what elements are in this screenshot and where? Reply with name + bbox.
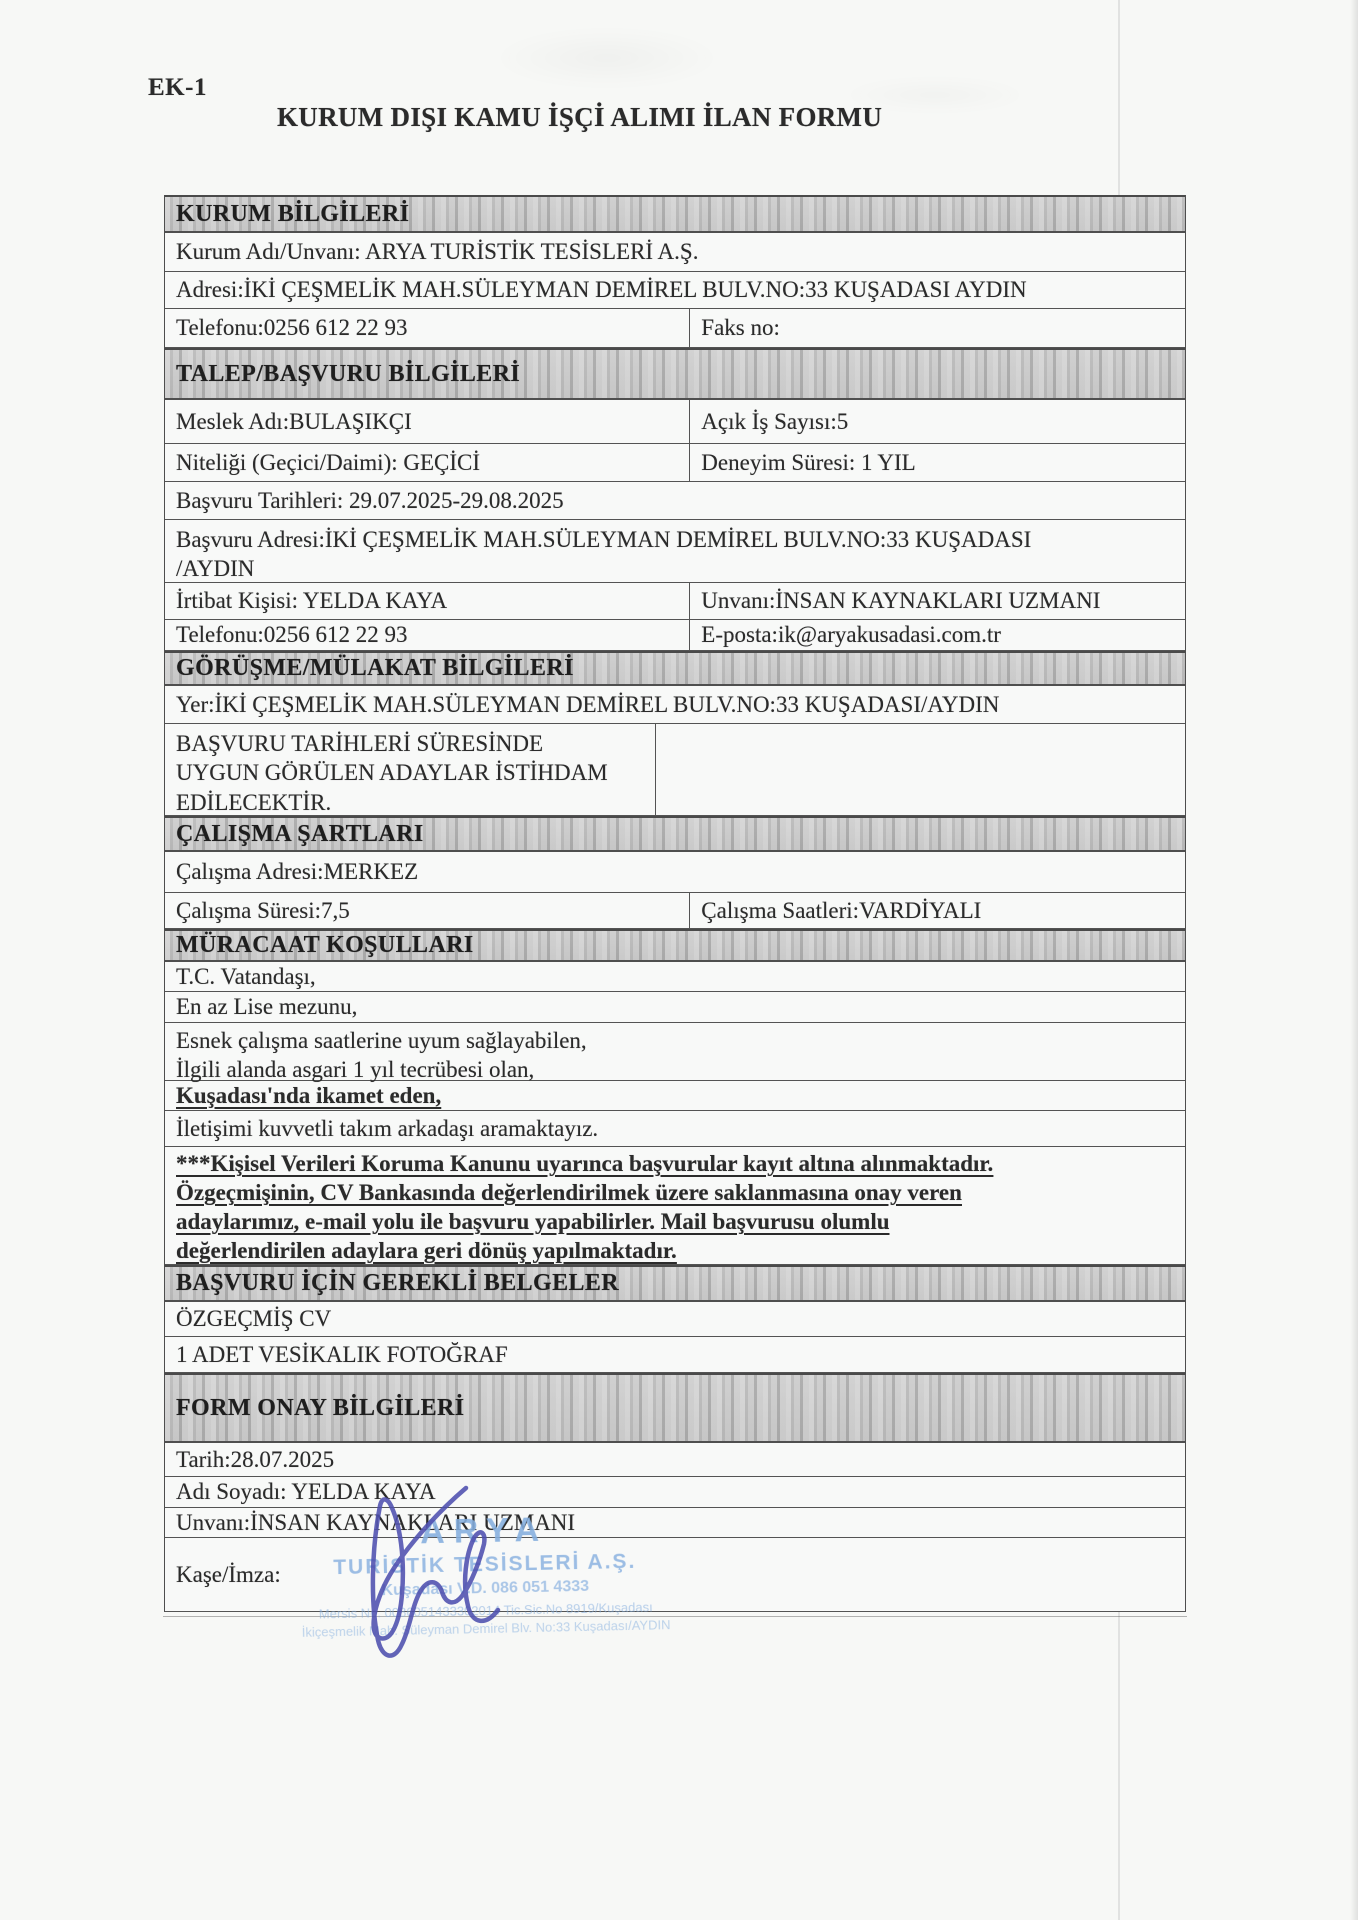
section-header-muracaat-kosullari: MÜRACAAT KOŞULLARI xyxy=(165,929,1185,962)
field-acik-is-sayisi: Açık İş Sayısı:5 xyxy=(690,400,1185,443)
section-header-form-onay: FORM ONAY BİLGİLERİ xyxy=(165,1373,1185,1443)
row-niteligi: Niteliği (Geçici/Daimi): GEÇİCİ Deneyim … xyxy=(165,444,1185,482)
field-faks-no: Faks no: xyxy=(690,309,1185,347)
row-basvuru-adresi: Başvuru Adresi:İKİ ÇEŞMELİK MAH.SÜLEYMAN… xyxy=(165,520,1185,583)
section-title: GÖRÜŞME/MÜLAKAT BİLGİLERİ xyxy=(165,654,580,683)
field-kase-imza: Kaşe/İmza: xyxy=(165,1561,287,1589)
field-calisma-adresi: Çalışma Adresi:MERKEZ xyxy=(165,858,424,886)
field-kurum-adi: Kurum Adı/Unvanı: ARYA TURİSTİK TESİSLER… xyxy=(165,238,704,266)
field-yer: Yer:İKİ ÇEŞMELİK MAH.SÜLEYMAN DEMİREL BU… xyxy=(165,691,1005,719)
field-calisma-suresi: Çalışma Süresi:7,5 xyxy=(165,893,690,928)
field-adi-soyadi: Adı Soyadı: YELDA KAYA xyxy=(165,1478,442,1506)
section-title: KURUM BİLGİLERİ xyxy=(165,200,415,229)
section-header-calisma-sartlari: ÇALIŞMA ŞARTLARI xyxy=(165,816,1185,852)
row-adresi: Adresi:İKİ ÇEŞMELİK MAH.SÜLEYMAN DEMİREL… xyxy=(165,272,1185,309)
field-deneyim-suresi: Deneyim Süresi: 1 YIL xyxy=(690,444,1185,481)
scanned-form-page: EK-1 KURUM DIŞI KAMU İŞÇİ ALIMI İLAN FOR… xyxy=(0,0,1358,1920)
field-kosul-4: Kuşadası'nda ikamet eden, xyxy=(165,1082,447,1110)
row-kosul-4: Kuşadası'nda ikamet eden, xyxy=(165,1081,1185,1111)
row-kosul-3: Esnek çalışma saatlerine uyum sağlayabil… xyxy=(165,1023,1185,1081)
row-kase-imza: Kaşe/İmza: xyxy=(165,1538,1185,1612)
row-kvkk-notice: ***Kişisel Verileri Koruma Kanunu uyarın… xyxy=(165,1147,1185,1265)
section-header-gorusme-mulakat: GÖRÜŞME/MÜLAKAT BİLGİLERİ xyxy=(165,651,1185,686)
empty-cell xyxy=(656,724,1185,815)
section-title: MÜRACAAT KOŞULLARI xyxy=(165,931,480,960)
field-basvuru-adresi: Başvuru Adresi:İKİ ÇEŞMELİK MAH.SÜLEYMAN… xyxy=(165,520,1037,584)
row-irtibat: İrtibat Kişisi: YELDA KAYA Unvanı:İNSAN … xyxy=(165,583,1185,620)
row-kosul-1: T.C. Vatandaşı, xyxy=(165,962,1185,992)
field-irtibat-kisisi: İrtibat Kişisi: YELDA KAYA xyxy=(165,583,690,619)
field-belge-2: 1 ADET VESİKALIK FOTOĞRAF xyxy=(165,1341,514,1369)
row-belge-2: 1 ADET VESİKALIK FOTOĞRAF xyxy=(165,1337,1185,1373)
field-belge-1: ÖZGEÇMİŞ CV xyxy=(165,1305,337,1333)
section-title: TALEP/BAŞVURU BİLGİLERİ xyxy=(165,360,526,389)
section-title: FORM ONAY BİLGİLERİ xyxy=(165,1394,471,1423)
form-title: KURUM DIŞI KAMU İŞÇİ ALIMI İLAN FORMU xyxy=(277,102,882,133)
row-belge-1: ÖZGEÇMİŞ CV xyxy=(165,1302,1185,1337)
row-yer: Yer:İKİ ÇEŞMELİK MAH.SÜLEYMAN DEMİREL BU… xyxy=(165,686,1185,724)
form-table: KURUM BİLGİLERİ Kurum Adı/Unvanı: ARYA T… xyxy=(164,195,1186,1612)
row-tarih: Tarih:28.07.2025 xyxy=(165,1443,1185,1477)
field-kvkk-notice: ***Kişisel Verileri Koruma Kanunu uyarın… xyxy=(165,1147,999,1265)
section-header-talep-basvuru: TALEP/BAŞVURU BİLGİLERİ xyxy=(165,348,1185,400)
scan-edge-shadow xyxy=(1350,0,1358,1920)
section-title: ÇALIŞMA ŞARTLARI xyxy=(165,820,430,849)
scan-bleedthrough-smudge xyxy=(492,28,722,88)
row-basvuru-tarihleri: Başvuru Tarihleri: 29.07.2025-29.08.2025 xyxy=(165,482,1185,520)
attachment-tag: EK-1 xyxy=(148,74,207,102)
row-calisma-adresi: Çalışma Adresi:MERKEZ xyxy=(165,852,1185,893)
stamp-address: İkiçeşmelik Mah. Süleyman Demirel Blv. N… xyxy=(251,1616,721,1641)
section-header-gerekli-belgeler: BAŞVURU İÇİN GEREKLİ BELGELER xyxy=(165,1265,1185,1302)
field-unvani-onay: Unvanı:İNSAN KAYNAKLARI UZMANI xyxy=(165,1509,581,1537)
row-kosul-5: İletişimi kuvvetli takım arkadaşı aramak… xyxy=(165,1111,1185,1147)
field-telefonu-2: Telefonu:0256 612 22 93 xyxy=(165,620,690,650)
row-telefon-faks: Telefonu:0256 612 22 93 Faks no: xyxy=(165,309,1185,348)
field-gorusme-notu: BAŞVURU TARİHLERİ SÜRESİNDE UYGUN GÖRÜLE… xyxy=(165,724,656,815)
field-basvuru-tarihleri: Başvuru Tarihleri: 29.07.2025-29.08.2025 xyxy=(165,487,570,515)
field-meslek-adi: Meslek Adı:BULAŞIKÇI xyxy=(165,400,690,443)
section-header-kurum-bilgileri: KURUM BİLGİLERİ xyxy=(165,195,1185,233)
row-kurum-adi: Kurum Adı/Unvanı: ARYA TURİSTİK TESİSLER… xyxy=(165,233,1185,272)
field-adresi: Adresi:İKİ ÇEŞMELİK MAH.SÜLEYMAN DEMİREL… xyxy=(165,276,1033,304)
field-kosul-5: İletişimi kuvvetli takım arkadaşı aramak… xyxy=(165,1115,604,1143)
row-kosul-2: En az Lise mezunu, xyxy=(165,992,1185,1023)
row-gorusme-notu: BAŞVURU TARİHLERİ SÜRESİNDE UYGUN GÖRÜLE… xyxy=(165,724,1185,816)
row-calisma-suresi: Çalışma Süresi:7,5 Çalışma Saatleri:VARD… xyxy=(165,893,1185,929)
field-kosul-2: En az Lise mezunu, xyxy=(165,993,363,1021)
field-eposta: E-posta:ik@aryakusadasi.com.tr xyxy=(690,620,1185,650)
field-telefonu: Telefonu:0256 612 22 93 xyxy=(165,309,690,347)
field-niteligi: Niteliği (Geçici/Daimi): GEÇİCİ xyxy=(165,444,690,481)
row-meslek-adi: Meslek Adı:BULAŞIKÇI Açık İş Sayısı:5 xyxy=(165,400,1185,444)
field-unvani: Unvanı:İNSAN KAYNAKLARI UZMANI xyxy=(690,583,1185,619)
field-calisma-saatleri: Çalışma Saatleri:VARDİYALI xyxy=(690,893,1185,928)
row-adi-soyadi: Adı Soyadı: YELDA KAYA xyxy=(165,1477,1185,1508)
field-kosul-1: T.C. Vatandaşı, xyxy=(165,963,322,991)
row-unvani: Unvanı:İNSAN KAYNAKLARI UZMANI xyxy=(165,1508,1185,1538)
field-tarih: Tarih:28.07.2025 xyxy=(165,1446,340,1474)
section-title: BAŞVURU İÇİN GEREKLİ BELGELER xyxy=(165,1269,625,1298)
row-telefon-eposta: Telefonu:0256 612 22 93 E-posta:ik@aryak… xyxy=(165,620,1185,651)
field-kosul-3: Esnek çalışma saatlerine uyum sağlayabil… xyxy=(165,1023,593,1085)
